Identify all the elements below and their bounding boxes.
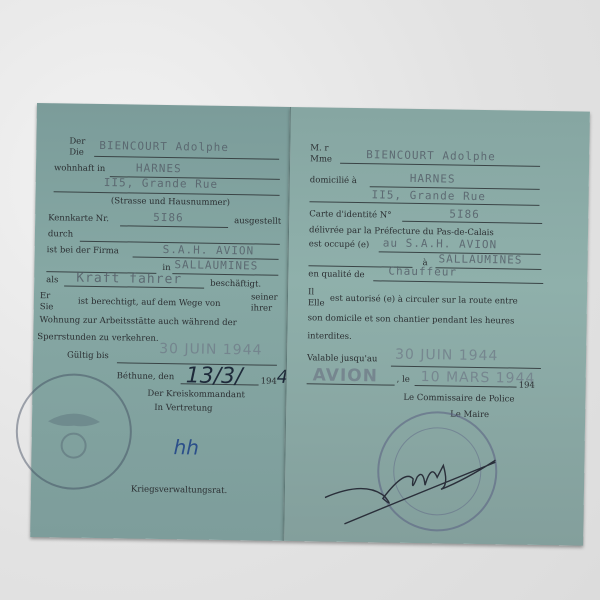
residence-typed: HARNES: [136, 162, 182, 176]
right-page-french: M. r Mme BIENCOURT Adolphe domicilié à H…: [283, 107, 590, 546]
pass-document: Der Die BIENCOURT Adolphe wohnhaft in HA…: [30, 103, 589, 546]
signature-left: hh: [173, 435, 199, 459]
validity-stamp: 30 JUIN 1944: [159, 341, 263, 359]
left-page-german: Der Die BIENCOURT Adolphe wohnhaft in HA…: [30, 103, 290, 541]
kennkarte-typed: 5I86: [153, 211, 184, 224]
signature-right-icon: [324, 428, 526, 531]
town-typed: SALLAUMINES: [174, 258, 258, 272]
occupation-typed: Kraft fahrer: [76, 271, 182, 288]
eagle-icon: [17, 375, 131, 489]
handwritten-date: 13/3/: [186, 363, 243, 389]
street-typed: II5, Grande Rue: [104, 176, 219, 191]
name-typed: BIENCOURT Adolphe: [99, 139, 229, 154]
der-die: Der Die: [69, 137, 85, 159]
firma-typed: S.A.H. AVION: [163, 243, 255, 257]
eagle-stamp: [15, 373, 133, 491]
